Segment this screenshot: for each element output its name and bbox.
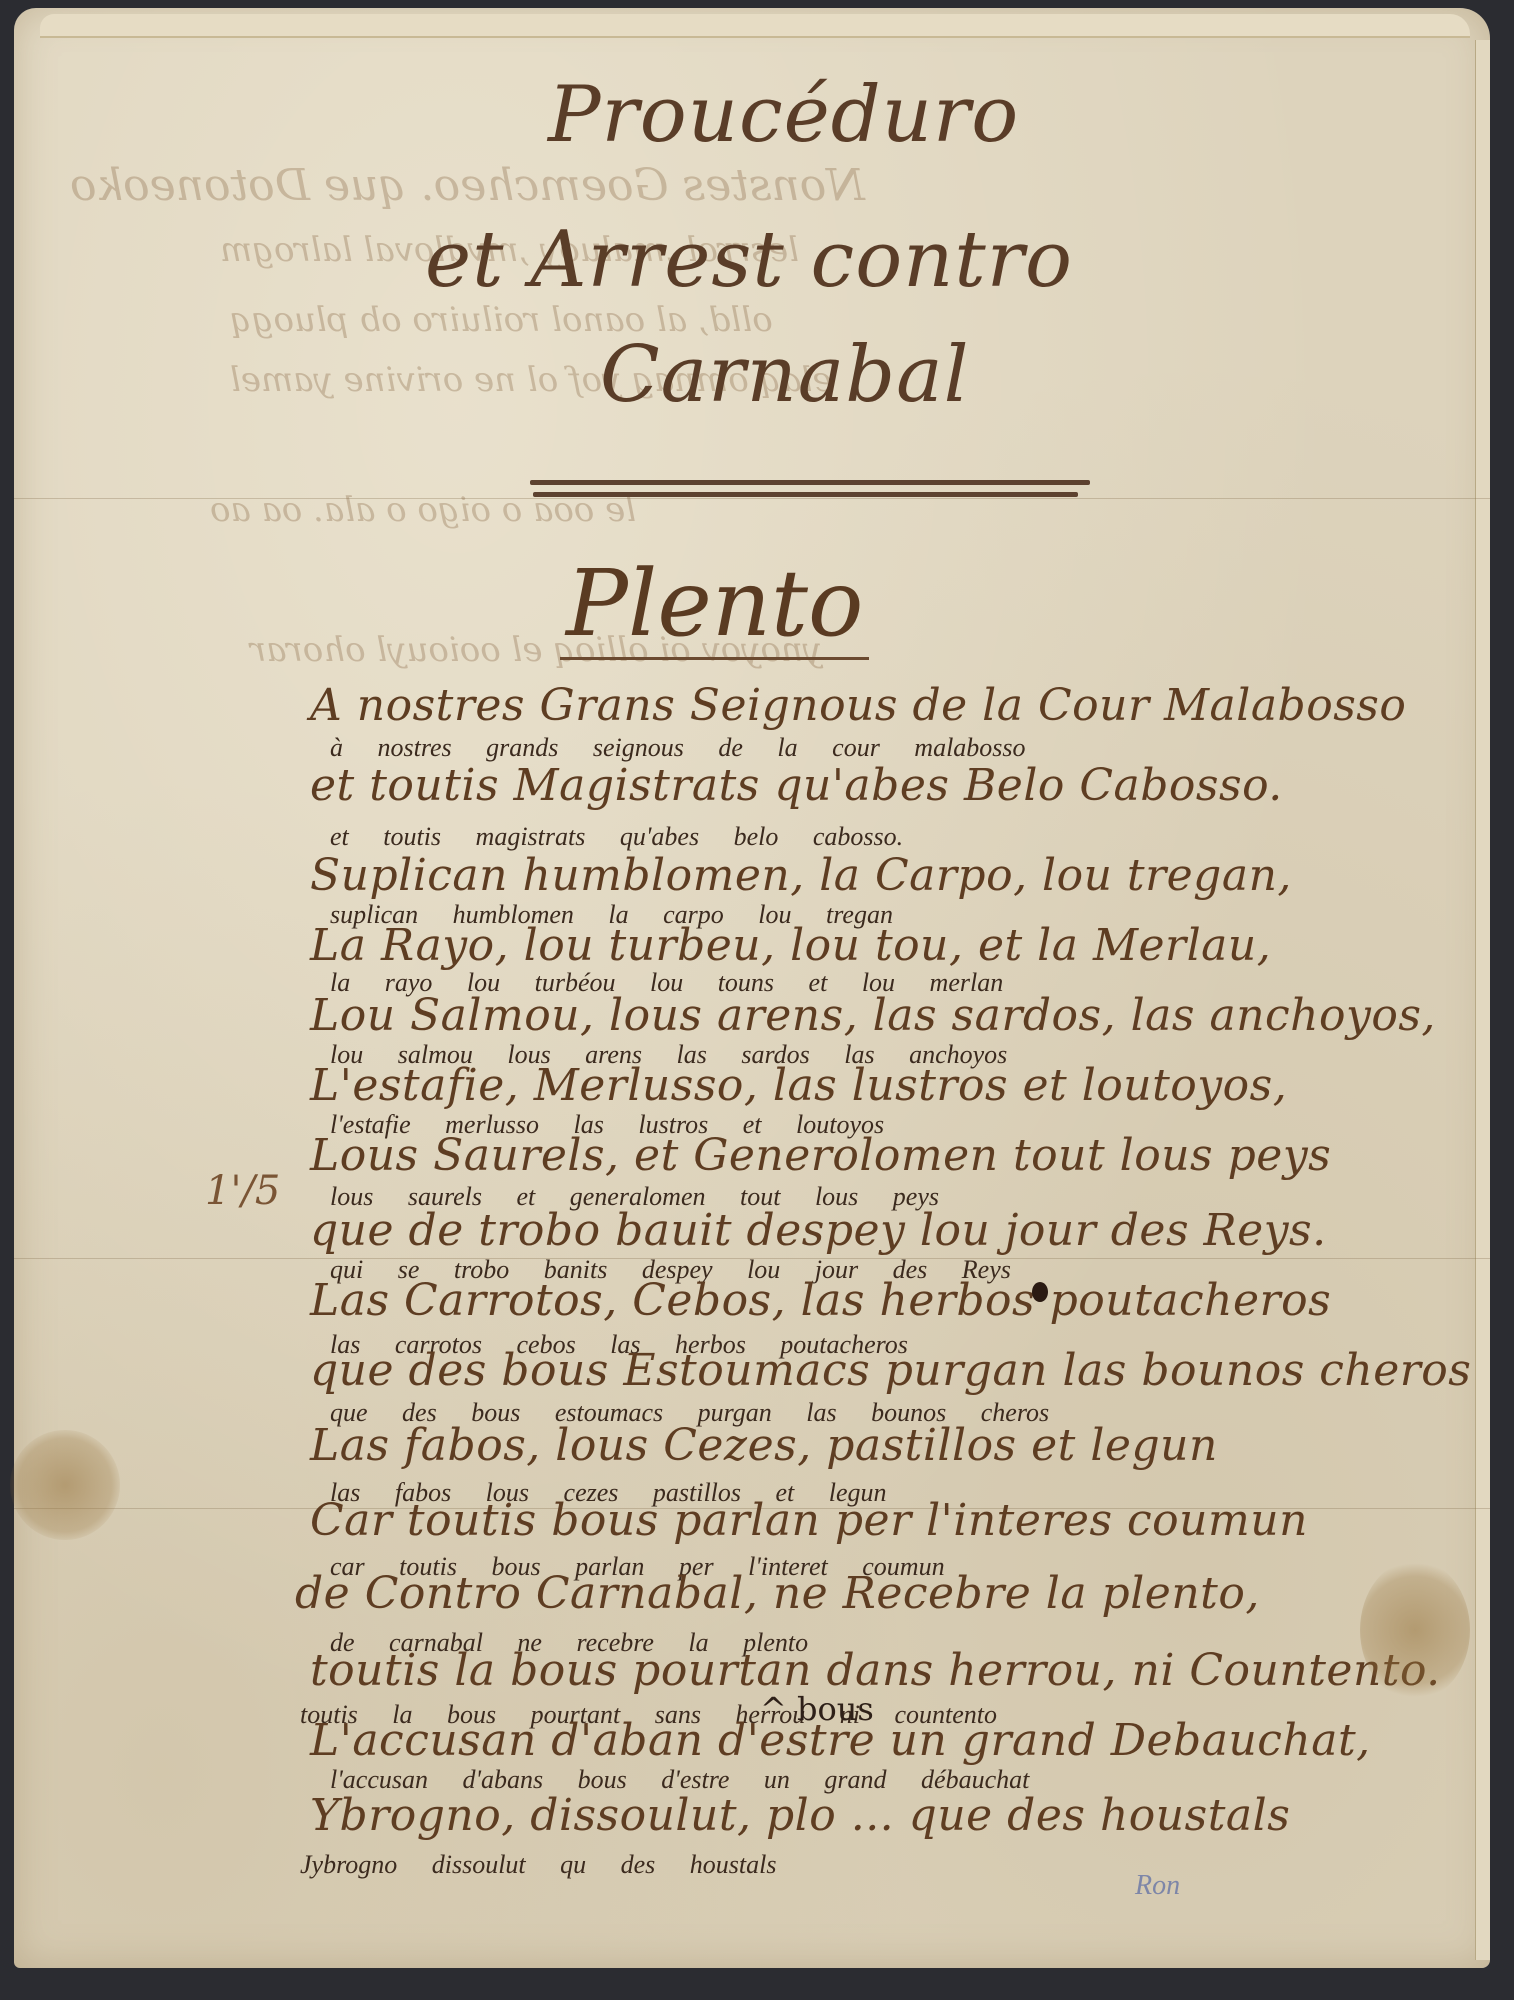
manuscript-line: Las Carrotos, Cebos, las herbos poutache… [310,1275,1331,1326]
manuscript-line: et toutis Magistrats qu'abes Belo Caboss… [310,760,1283,811]
manuscript-line: de Contro Carnabal, ne Recebre la plento… [295,1568,1260,1619]
title-rule [530,480,1090,485]
title-line-2: et Arrest contro [425,215,1073,305]
water-stain [1360,1560,1470,1700]
manuscript-line: Las fabos, lous Cezes, pastillos et legu… [310,1420,1218,1471]
title-line-3: Carnabal [600,330,970,420]
interlinear-gloss: et toutis magistrats qu'abes belo caboss… [330,822,903,852]
page-top-edge [40,14,1470,38]
margin-folio-note: 1'/5 [205,1168,280,1214]
manuscript-line: Lous Saurels, et Generolomen tout lous p… [310,1130,1331,1181]
manuscript-line: L'estafie, Merlusso, las lustros et lout… [310,1060,1287,1111]
bleed-through-text: Nonstes Goemcheo. que Dotoneoko [70,160,865,211]
manuscript-line: Car toutis bous parlan per l'interes cou… [310,1495,1308,1546]
title-rule [533,492,1078,497]
ink-blot [1032,1282,1048,1302]
manuscript-line: Ybrogno, dissoulut, plo ... que des hous… [310,1790,1290,1841]
manuscript-line: Suplican humblomen, la Carpo, lou tregan… [310,850,1292,901]
manuscript-line: que de trobo bauit despey lou jour des R… [310,1205,1327,1256]
interlinear-gloss: à nostres grands seignous de la cour mal… [330,733,1026,763]
manuscript-line: A nostres Grans Seignous de la Cour Mala… [310,680,1406,731]
section-heading: Plento [560,550,869,660]
interlinear-gloss: Jybrogno dissoulut qu des houstals [300,1850,776,1880]
manuscript-line: La Rayo, lou turbeu, lou tou, et la Merl… [310,920,1271,971]
manuscript-line: que des bous Estoumacs purgan las bounos… [310,1345,1471,1396]
inserted-word: ^ bous [760,1690,874,1728]
title-line-1: Proucéduro [548,70,1019,160]
water-stain [10,1430,120,1540]
manuscript-line: Lou Salmou, lous arens, las sardos, las … [310,990,1436,1041]
page-right-edge [1475,40,1490,1960]
pencil-note: Ron [1135,1870,1180,1902]
manuscript-line: toutis la bous pourtan dans herrou, ni C… [310,1645,1441,1696]
